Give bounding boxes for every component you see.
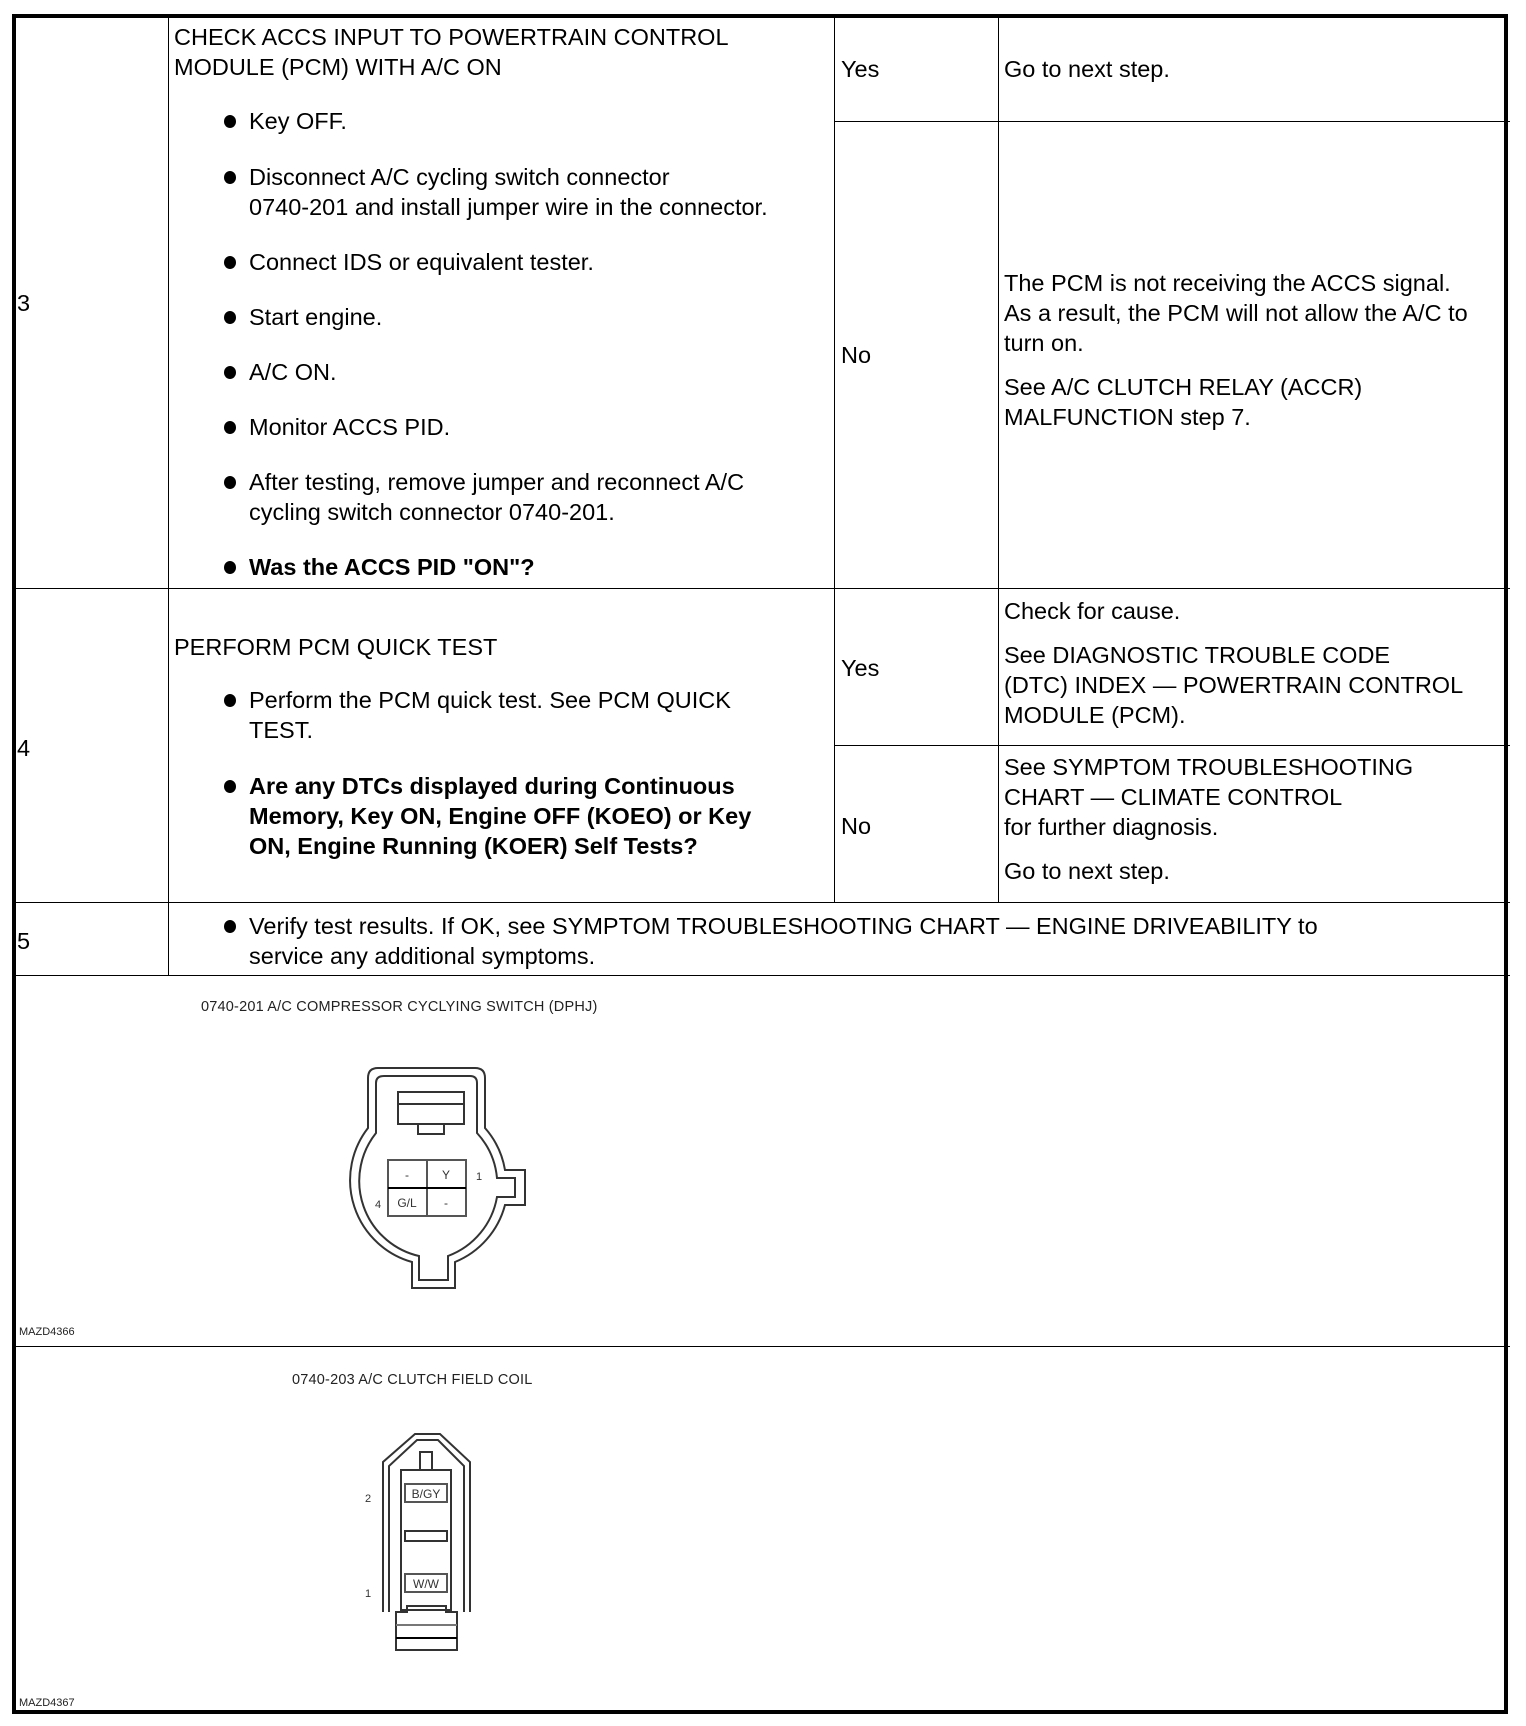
pin-label: - [444,1196,448,1210]
pin-number: 1 [365,1588,371,1600]
pin-number: 4 [375,1199,381,1211]
pin-number: 2 [365,1493,371,1505]
pin-label: B/GY [412,1487,441,1501]
figure-title: 0740-203 A/C CLUTCH FIELD COIL [292,1372,533,1388]
figure-code: MAZD4367 [19,1697,75,1709]
pin-label: Y [442,1168,450,1182]
pin-number: 1 [476,1171,482,1183]
pin-label: - [405,1168,409,1182]
figure-code: MAZD4366 [19,1326,75,1338]
connector-diagram-0740-201: - Y G/L - 1 4 B/GY W/W 2 1 [0,0,1526,1726]
pin-label: G/L [397,1196,417,1210]
pin-label: W/W [413,1577,440,1591]
connector-diagram-0740-203 [383,1434,470,1650]
